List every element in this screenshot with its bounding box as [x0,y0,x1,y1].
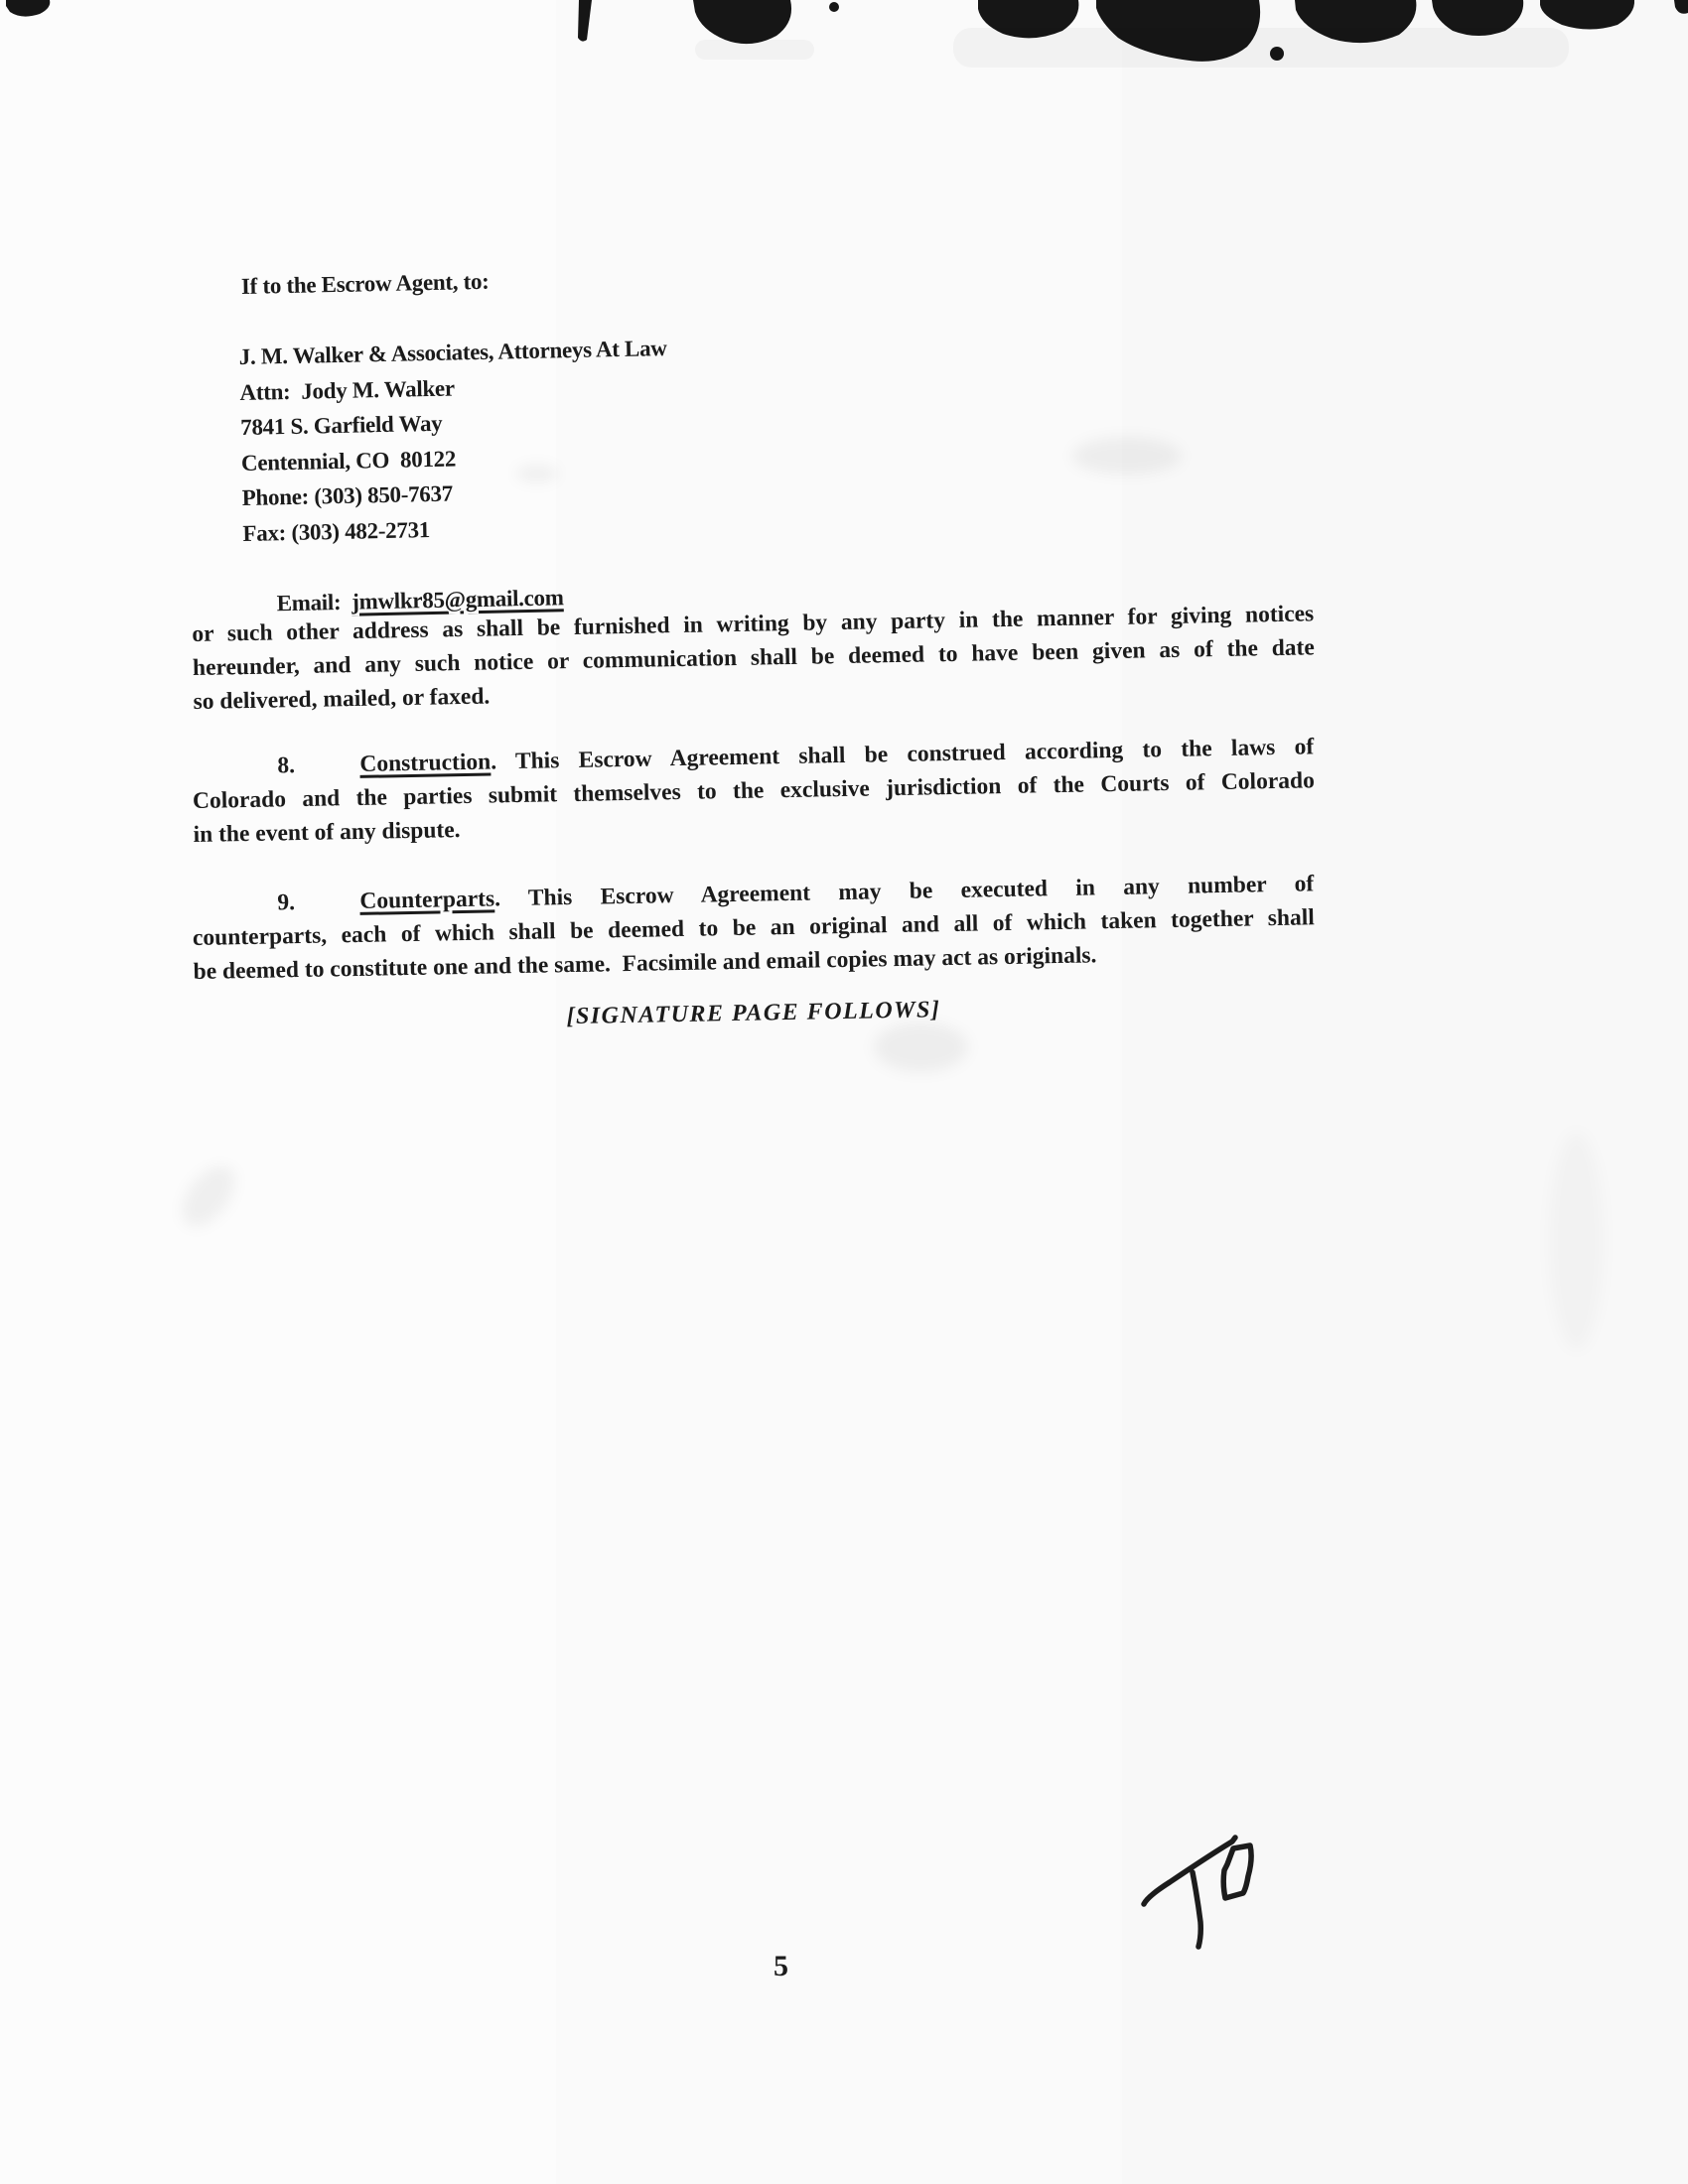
paragraph-heading: Counterparts [359,882,494,917]
scan-artifact-top-edge [0,0,1688,79]
scan-smudge [1549,1132,1604,1350]
paragraph-heading: Construction [359,745,491,780]
scan-smudge [874,1023,968,1072]
handwritten-initials [1122,1819,1281,1968]
scan-smudge [172,1157,246,1236]
signature-page-note: [SIGNATURE PAGE FOLLOWS] [193,990,1315,1037]
scan-smudge [1072,437,1182,475]
email-address: jmwlkr85@gmail.com [352,585,564,614]
scanned-document-page: If to the Escrow Agent, to: J. M. Walker… [0,0,1688,2184]
paragraph-counterparts: 9. Counterparts . This Escrow Agreement … [192,867,1316,989]
scanner-band-light [556,0,1122,2184]
paragraph-notices: or such other address as shall be furnis… [192,597,1316,719]
escrow-agent-address: J. M. Walker & Associates, Attorneys At … [238,331,671,586]
email-label: Email: [276,589,352,615]
paragraph-number: 8. [277,749,314,783]
page-number: 5 [774,1950,788,1983]
paragraph-number: 9. [277,886,314,920]
paragraph-construction: 8. Construction . This Escrow Agreement … [192,730,1316,852]
recipient-intro: If to the Escrow Agent, to: [241,269,490,300]
